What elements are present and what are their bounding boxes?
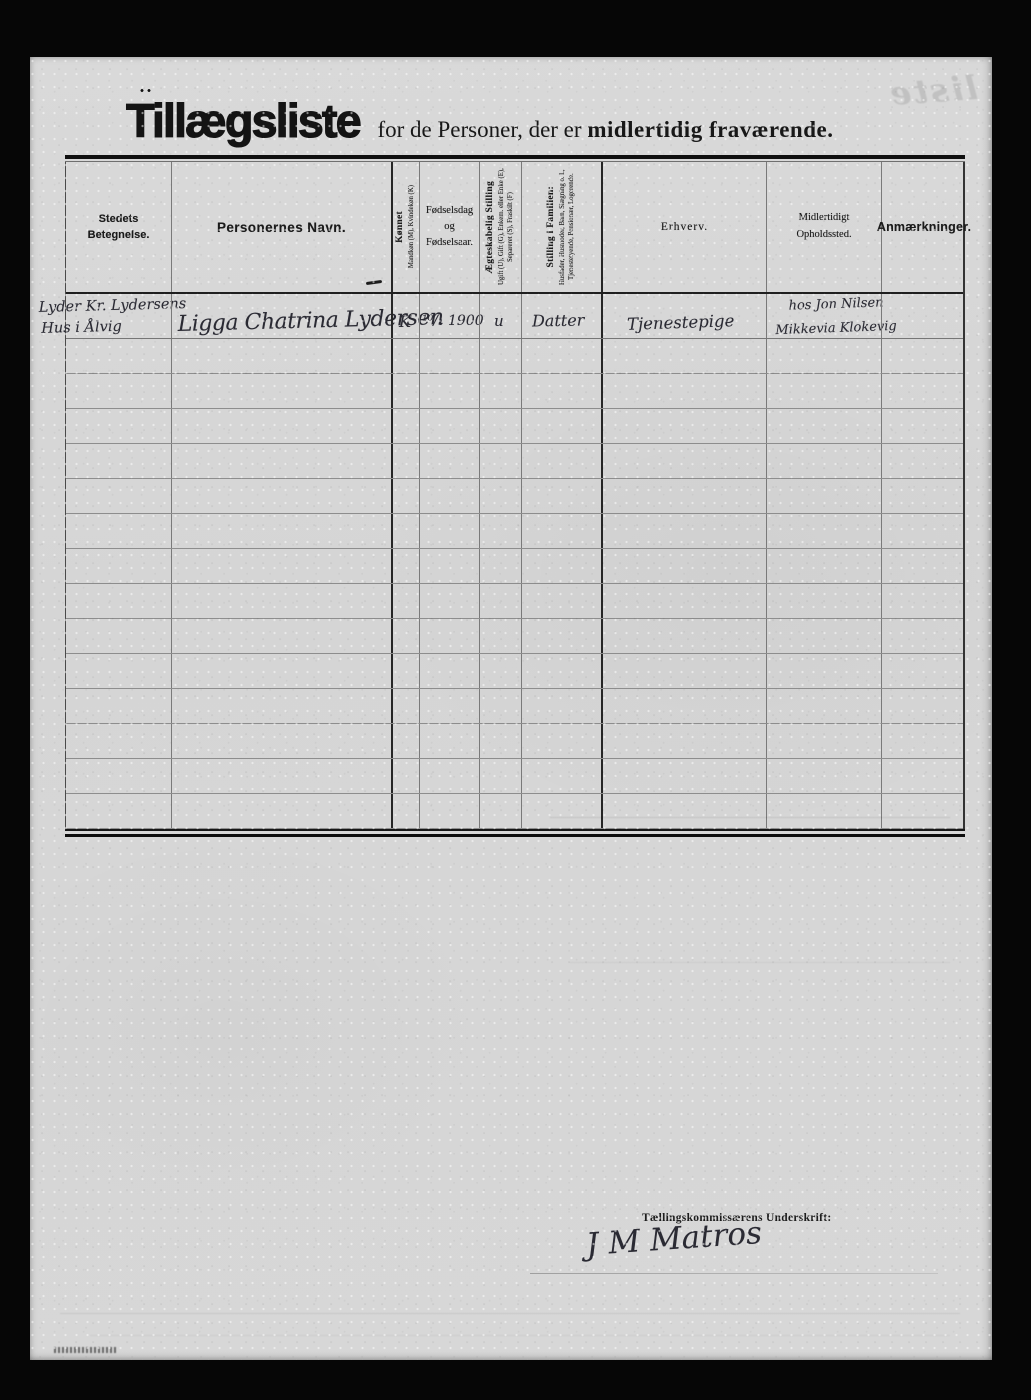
table-cell-empty — [419, 339, 479, 373]
col-header-stilling-i-familien: Stilling i Familien: Husfader, Husmoder,… — [521, 162, 601, 292]
table-cell-empty — [66, 654, 171, 688]
col-header-fodselsdag: Fødselsdag og Fødselsaar. — [419, 162, 479, 292]
table-cell-empty — [766, 479, 881, 513]
table-cell-empty — [479, 444, 521, 478]
table-cell-empty — [766, 654, 881, 688]
table-cell-empty — [171, 479, 391, 513]
col-header-midlertidigt-opholdssted: Midlertidigt Opholdssted. — [766, 162, 881, 292]
document-page: liste Tillægsliste for de Personer, der … — [30, 57, 992, 1360]
table-cell-empty — [881, 374, 966, 408]
col-header-aegteskabelig-stilling: Ægteskabelig Stilling Ugift (U), Gift (G… — [479, 162, 521, 292]
census-table: Stedets Betegnelse. Personernes Navn. Kø… — [65, 155, 965, 837]
table-cell-empty — [419, 689, 479, 723]
table-cell-empty — [881, 794, 966, 828]
table-cell-empty — [171, 619, 391, 653]
table-cell-empty — [766, 374, 881, 408]
table-cell-empty — [391, 654, 419, 688]
table-bottom-rule — [65, 829, 965, 831]
table-cell-empty — [66, 759, 171, 793]
table-cell-empty — [391, 724, 419, 758]
table-cell-empty — [171, 409, 391, 443]
table-cell-empty — [521, 479, 601, 513]
cell-anmaerkninger — [881, 294, 966, 338]
table-cell-empty — [521, 444, 601, 478]
cell-konnet: K — [391, 294, 419, 338]
table-cell-empty — [521, 794, 601, 828]
table-cell-empty — [881, 759, 966, 793]
table-cell-empty — [66, 479, 171, 513]
table-cell-empty — [601, 409, 766, 443]
table-row-empty — [66, 444, 963, 479]
table-row-empty — [66, 339, 963, 374]
cell-stedets-betegnelse: Lyder Kr. Lydersens Hus i Ålvig — [66, 294, 171, 338]
cell-personernes-navn: Ligga Chatrina Lydersen — [171, 294, 391, 338]
table-row-empty — [66, 724, 963, 759]
table-bottom-rule-heavy — [65, 834, 965, 837]
table-cell-empty — [521, 374, 601, 408]
table-cell-empty — [66, 619, 171, 653]
cell-aegteskabelig-stilling: u — [479, 294, 521, 338]
form-subtitle-text: for de Personer, der er — [377, 117, 581, 142]
showthrough-line — [550, 817, 950, 818]
table-cell-empty — [479, 724, 521, 758]
table-cell-empty — [419, 444, 479, 478]
table-header-row: Stedets Betegnelse. Personernes Navn. Kø… — [66, 162, 963, 294]
table-cell-empty — [419, 549, 479, 583]
table-cell-empty — [881, 619, 966, 653]
table-cell-empty — [479, 409, 521, 443]
table-cell-empty — [66, 689, 171, 723]
table-cell-empty — [766, 794, 881, 828]
table-cell-empty — [601, 514, 766, 548]
col-header-konnet: Kønnet Mandkøn (M), Kvindekøn (K) — [391, 162, 419, 292]
col-header-personernes-navn: Personernes Navn. — [171, 162, 391, 292]
table-cell-empty — [521, 584, 601, 618]
table-cell-empty — [419, 724, 479, 758]
table-cell-empty — [66, 374, 171, 408]
table-cell-empty — [66, 549, 171, 583]
table-cell-empty — [391, 619, 419, 653]
table-cell-empty — [479, 584, 521, 618]
table-cell-empty — [419, 794, 479, 828]
table-cell-empty — [601, 374, 766, 408]
table-cell-empty — [521, 514, 601, 548]
table-cell-empty — [171, 724, 391, 758]
table-cell-empty — [766, 724, 881, 758]
table-row-empty — [66, 584, 963, 619]
table-row-entry: Lyder Kr. Lydersens Hus i Ålvig Ligga Ch… — [66, 294, 963, 339]
table-cell-empty — [66, 444, 171, 478]
table-row-empty — [66, 409, 963, 444]
cell-fodselsdag: ¹⁰/₁ 1900 — [419, 294, 479, 338]
table-cell-empty — [171, 689, 391, 723]
table-cell-empty — [479, 759, 521, 793]
table-row-empty — [66, 479, 963, 514]
table-cell-empty — [479, 374, 521, 408]
table-cell-empty — [766, 339, 881, 373]
table-cell-empty — [171, 514, 391, 548]
table-cell-empty — [521, 409, 601, 443]
table-cell-empty — [391, 584, 419, 618]
table-cell-empty — [521, 759, 601, 793]
showthrough-line — [90, 1335, 950, 1336]
form-title: Tillægsliste — [126, 93, 360, 148]
ink-speck-icon — [140, 89, 152, 92]
table-cell-empty — [479, 689, 521, 723]
form-title-block: Tillægsliste for de Personer, der er mid… — [126, 93, 966, 148]
showthrough-line — [60, 1313, 960, 1314]
table-cell-empty — [766, 584, 881, 618]
table-cell-empty — [601, 689, 766, 723]
table-cell-empty — [881, 514, 966, 548]
table-cell-empty — [66, 409, 171, 443]
table-cell-empty — [766, 689, 881, 723]
table-cell-empty — [171, 759, 391, 793]
table-cell-empty — [419, 619, 479, 653]
table-cell-empty — [66, 339, 171, 373]
table-cell-empty — [419, 374, 479, 408]
table-cell-empty — [766, 444, 881, 478]
table-cell-empty — [479, 619, 521, 653]
table-cell-empty — [601, 479, 766, 513]
table-cell-empty — [521, 619, 601, 653]
cell-midlertidigt-opholdssted: hos Jon Nilsen Mikkevia Klokevig — [766, 294, 881, 338]
table-cell-empty — [601, 654, 766, 688]
table-cell-empty — [881, 689, 966, 723]
table-cell-empty — [419, 584, 479, 618]
table-cell-empty — [171, 794, 391, 828]
table-cell-empty — [391, 689, 419, 723]
table-cell-empty — [601, 724, 766, 758]
commissioner-signature: J M Matros — [585, 1215, 763, 1263]
table-cell-empty — [391, 374, 419, 408]
table-cell-empty — [766, 514, 881, 548]
table-cell-empty — [766, 549, 881, 583]
table-cell-empty — [419, 514, 479, 548]
table-cell-empty — [391, 759, 419, 793]
table-cell-empty — [881, 444, 966, 478]
table-cell-empty — [66, 724, 171, 758]
table-cell-empty — [391, 514, 419, 548]
table-row-empty — [66, 514, 963, 549]
table-cell-empty — [479, 654, 521, 688]
table-row-empty — [66, 794, 963, 829]
table-cell-empty — [66, 584, 171, 618]
table-cell-empty — [391, 409, 419, 443]
table-cell-empty — [881, 724, 966, 758]
table-cell-empty — [881, 584, 966, 618]
table-cell-empty — [881, 479, 966, 513]
table-cell-empty — [521, 339, 601, 373]
table-cell-empty — [601, 549, 766, 583]
table-cell-empty — [171, 654, 391, 688]
cell-stilling-i-familien: Datter — [521, 294, 601, 338]
table-cell-empty — [881, 654, 966, 688]
table-cell-empty — [601, 444, 766, 478]
table-cell-empty — [521, 549, 601, 583]
table-row-empty — [66, 654, 963, 689]
table-row-empty — [66, 549, 963, 584]
table-row-empty — [66, 374, 963, 409]
form-title-text: Tillægsliste — [126, 94, 360, 147]
table-cell-empty — [171, 549, 391, 583]
table-cell-empty — [521, 724, 601, 758]
table-cell-empty — [66, 514, 171, 548]
table-row-empty — [66, 619, 963, 654]
table-row-empty — [66, 689, 963, 724]
table-cell-empty — [391, 794, 419, 828]
table-cell-empty — [479, 479, 521, 513]
table-cell-empty — [419, 409, 479, 443]
table-cell-empty — [766, 619, 881, 653]
signature-line — [530, 1273, 938, 1274]
table-cell-empty — [521, 654, 601, 688]
col-header-anmaerkninger: Anmærkninger. — [881, 162, 966, 292]
col-header-erhverv: Erhverv. — [601, 162, 766, 292]
table-cell-empty — [601, 584, 766, 618]
cell-erhverv: Tjenestepige — [601, 294, 766, 338]
table-cell-empty — [479, 514, 521, 548]
table-top-rule — [65, 155, 965, 159]
table-grid: Stedets Betegnelse. Personernes Navn. Kø… — [65, 162, 965, 829]
table-row-empty — [66, 759, 963, 794]
col-header-stedets-betegnelse: Stedets Betegnelse. — [66, 162, 171, 292]
table-cell-empty — [391, 444, 419, 478]
table-cell-empty — [479, 794, 521, 828]
table-cell-empty — [601, 619, 766, 653]
table-cell-empty — [881, 409, 966, 443]
table-cell-empty — [881, 549, 966, 583]
form-subtitle-emphasis: midlertidig fraværende. — [587, 117, 833, 142]
table-cell-empty — [766, 759, 881, 793]
table-cell-empty — [479, 339, 521, 373]
table-cell-empty — [391, 339, 419, 373]
showthrough-line — [570, 962, 950, 963]
table-cell-empty — [419, 479, 479, 513]
printer-imprint — [54, 1347, 118, 1353]
table-cell-empty — [479, 549, 521, 583]
table-cell-empty — [601, 759, 766, 793]
table-cell-empty — [391, 549, 419, 583]
table-cell-empty — [171, 444, 391, 478]
table-cell-empty — [66, 794, 171, 828]
table-cell-empty — [766, 409, 881, 443]
table-cell-empty — [601, 339, 766, 373]
form-subtitle: for de Personer, der er midlertidig frav… — [372, 117, 834, 142]
table-cell-empty — [521, 689, 601, 723]
table-cell-empty — [881, 339, 966, 373]
table-cell-empty — [171, 584, 391, 618]
scanned-census-form: { "doc": { "ghost_text": "liste", "title… — [0, 0, 1031, 1400]
table-cell-empty — [419, 654, 479, 688]
table-cell-empty — [171, 339, 391, 373]
table-cell-empty — [601, 794, 766, 828]
table-cell-empty — [391, 479, 419, 513]
table-cell-empty — [419, 759, 479, 793]
table-cell-empty — [171, 374, 391, 408]
